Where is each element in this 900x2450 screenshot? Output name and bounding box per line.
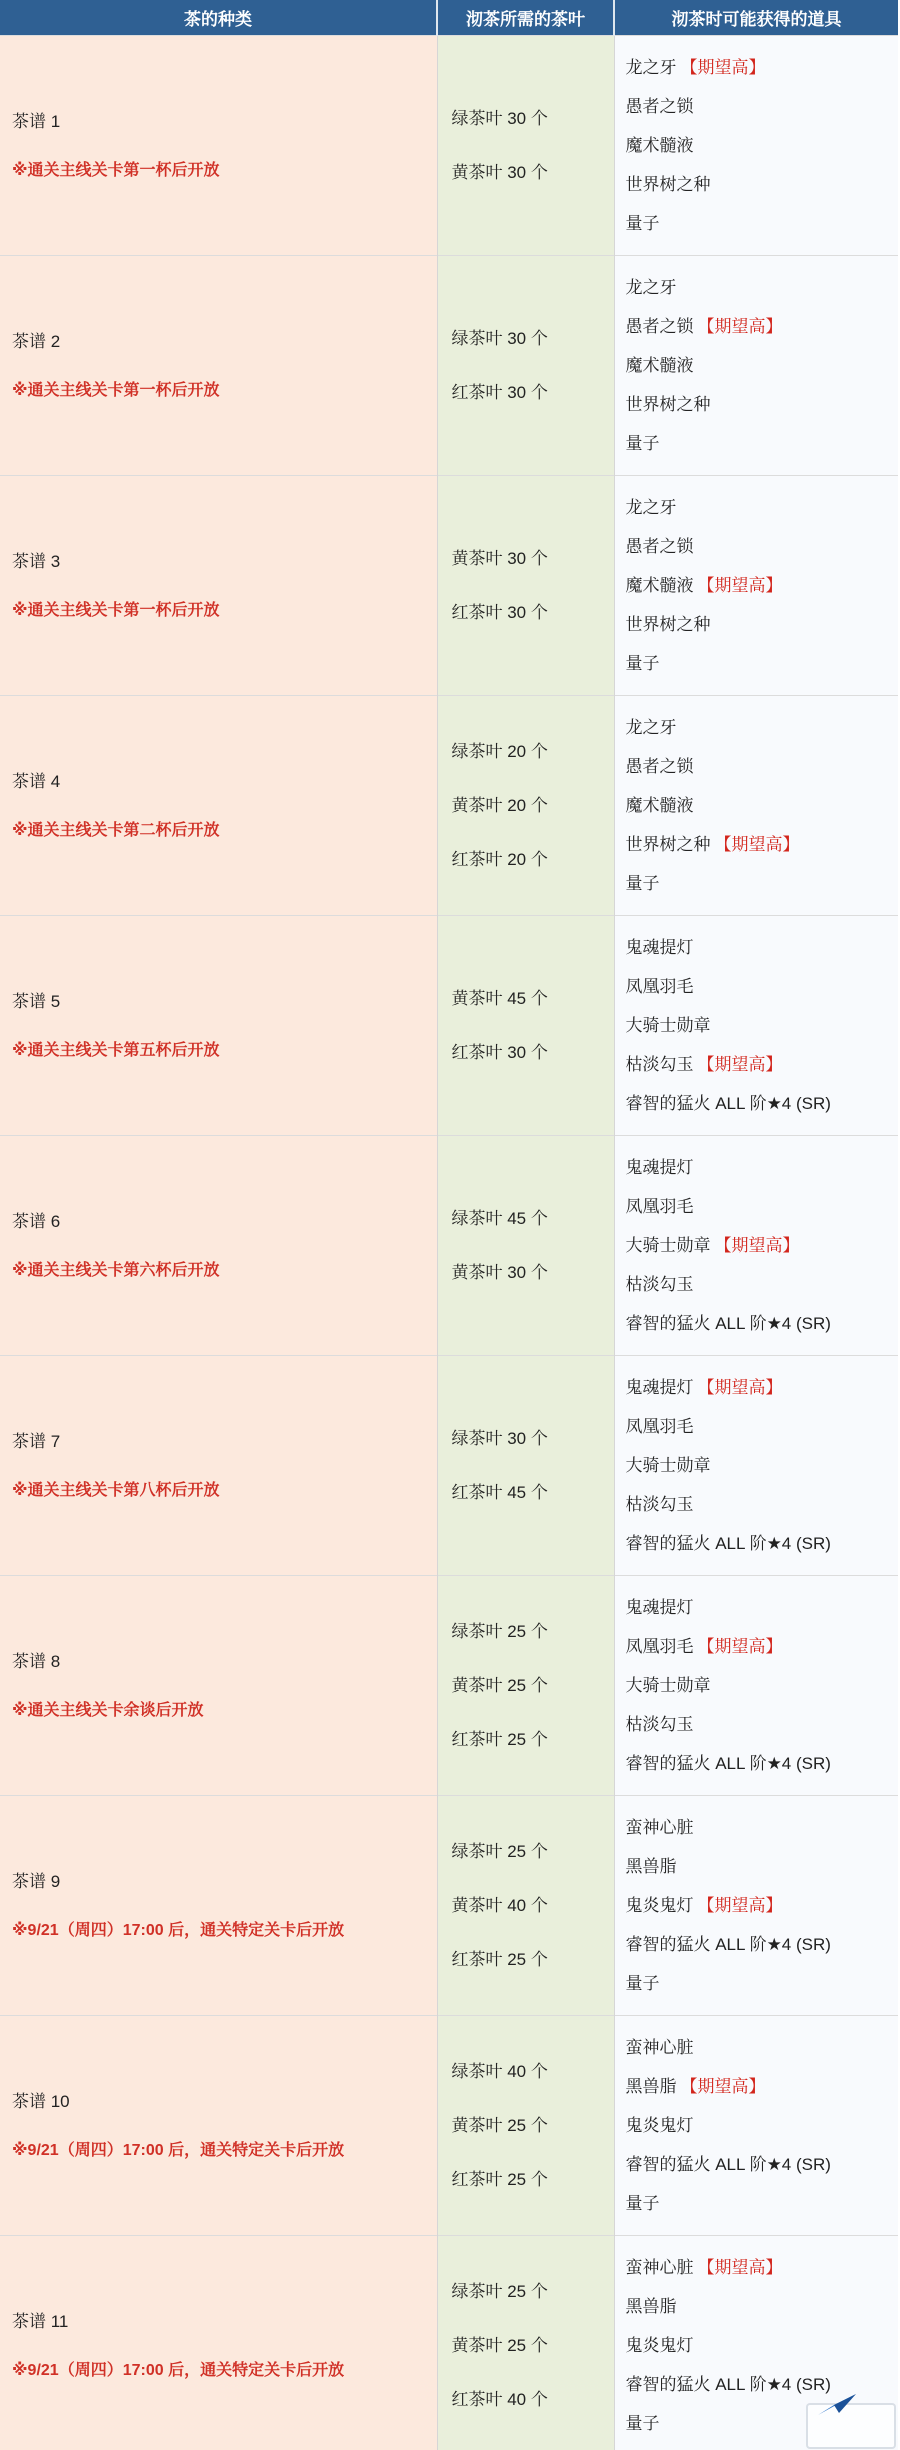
item-name: 愚者之锁 [626,95,899,118]
high-expectation-tag: 【期望高】 [698,1896,783,1915]
items-cell: 鬼魂提灯【期望高】凤凰羽毛大骑士勋章枯淡勾玉睿智的猛火 ALL 阶★4 (SR) [614,1356,898,1576]
col-header-tea-type-label: 茶的种类 [184,10,252,29]
leaf-requirement: 绿茶叶 30 个 [452,1427,614,1451]
tea-type-cell: 茶谱 10 ※9/21（周四）17:00 后，通关特定关卡后开放 [0,2016,437,2236]
leaf-list: 绿茶叶 25 个黄茶叶 25 个红茶叶 25 个 [438,1576,614,1795]
leaf-list: 绿茶叶 25 个黄茶叶 40 个红茶叶 25 个 [438,1796,614,2015]
tea-type-cell-inner: 茶谱 11 ※9/21（周四）17:00 后，通关特定关卡后开放 [0,2236,437,2450]
col-header-leaves: 沏茶所需的茶叶 [437,0,614,36]
item-list: 鬼魂提灯凤凰羽毛大骑士勋章枯淡勾玉【期望高】睿智的猛火 ALL 阶★4 (SR) [615,916,899,1135]
leaves-cell: 黄茶叶 45 个红茶叶 30 个 [437,916,614,1136]
item-name: 魔术髓液 [626,354,899,377]
item-list: 鬼魂提灯凤凰羽毛【期望高】大骑士勋章枯淡勾玉睿智的猛火 ALL 阶★4 (SR) [615,1576,899,1795]
leaf-requirement: 黄茶叶 40 个 [452,1894,614,1918]
leaf-requirement: 黄茶叶 30 个 [452,161,614,185]
tea-type-cell-inner: 茶谱 6 ※通关主线关卡第六杯后开放 [0,1136,437,1355]
item-name: 龙之牙 [626,496,899,519]
unlock-note: ※9/21（周四）17:00 后，通关特定关卡后开放 [12,2360,437,2382]
item-name: 睿智的猛火 ALL 阶★4 (SR) [626,1092,899,1115]
table-row: 茶谱 4 ※通关主线关卡第二杯后开放 绿茶叶 20 个黄茶叶 20 个红茶叶 2… [0,696,898,916]
table-row: 茶谱 10 ※9/21（周四）17:00 后，通关特定关卡后开放 绿茶叶 40 … [0,2016,898,2236]
items-cell: 鬼魂提灯凤凰羽毛大骑士勋章【期望高】枯淡勾玉睿智的猛火 ALL 阶★4 (SR) [614,1136,898,1356]
item-name: 鬼魂提灯 [626,1156,899,1179]
item-name: 睿智的猛火 ALL 阶★4 (SR) [626,1532,899,1555]
leaf-requirement: 黄茶叶 25 个 [452,1674,614,1698]
col-header-items: 沏茶时可能获得的道具 [614,0,898,36]
item-name: 愚者之锁【期望高】 [626,315,899,338]
leaf-requirement: 绿茶叶 45 个 [452,1207,614,1231]
high-expectation-tag: 【期望高】 [715,835,800,854]
tea-recipe-name: 茶谱 8 [12,1650,437,1674]
leaves-cell: 黄茶叶 30 个红茶叶 30 个 [437,476,614,696]
item-name: 量子 [626,212,899,235]
item-list: 龙之牙愚者之锁【期望高】魔术髓液世界树之种量子 [615,256,899,475]
tea-type-cell-inner: 茶谱 7 ※通关主线关卡第八杯后开放 [0,1356,437,1575]
tea-recipe-name: 茶谱 6 [12,1210,437,1234]
col-header-tea-type: 茶的种类 [0,0,437,36]
leaves-cell: 绿茶叶 25 个黄茶叶 25 个红茶叶 25 个 [437,1576,614,1796]
item-name: 睿智的猛火 ALL 阶★4 (SR) [626,1752,899,1775]
item-name: 世界树之种 [626,173,899,196]
unlock-note: ※通关主线关卡第五杯后开放 [12,1040,437,1062]
leaf-list: 黄茶叶 45 个红茶叶 30 个 [438,916,614,1135]
items-cell: 龙之牙愚者之锁魔术髓液【期望高】世界树之种量子 [614,476,898,696]
tea-type-cell-inner: 茶谱 3 ※通关主线关卡第一杯后开放 [0,476,437,695]
item-name: 黑兽脂 [626,2295,899,2318]
item-name: 凤凰羽毛 [626,1195,899,1218]
tea-type-cell: 茶谱 4 ※通关主线关卡第二杯后开放 [0,696,437,916]
tea-type-cell: 茶谱 9 ※9/21（周四）17:00 后，通关特定关卡后开放 [0,1796,437,2016]
item-list: 蛮神心脏黑兽脂鬼炎鬼灯【期望高】睿智的猛火 ALL 阶★4 (SR)量子 [615,1796,899,2015]
tea-recipe-table: 茶的种类 沏茶所需的茶叶 沏茶时可能获得的道具 茶谱 1 ※通关主线关卡第一杯后… [0,0,898,2450]
high-expectation-tag: 【期望高】 [698,317,783,336]
table-row: 茶谱 5 ※通关主线关卡第五杯后开放 黄茶叶 45 个红茶叶 30 个 鬼魂提灯… [0,916,898,1136]
leaf-list: 绿茶叶 30 个红茶叶 30 个 [438,256,614,475]
items-cell: 蛮神心脏黑兽脂鬼炎鬼灯【期望高】睿智的猛火 ALL 阶★4 (SR)量子 [614,1796,898,2016]
table-row: 茶谱 6 ※通关主线关卡第六杯后开放 绿茶叶 45 个黄茶叶 30 个 鬼魂提灯… [0,1136,898,1356]
leaf-requirement: 红茶叶 45 个 [452,1481,614,1505]
item-list: 龙之牙愚者之锁魔术髓液世界树之种【期望高】量子 [615,696,899,915]
high-expectation-tag: 【期望高】 [698,2258,783,2277]
high-expectation-tag: 【期望高】 [681,2077,766,2096]
high-expectation-tag: 【期望高】 [698,1055,783,1074]
item-list: 鬼魂提灯【期望高】凤凰羽毛大骑士勋章枯淡勾玉睿智的猛火 ALL 阶★4 (SR) [615,1356,899,1575]
table-row: 茶谱 9 ※9/21（周四）17:00 后，通关特定关卡后开放 绿茶叶 25 个… [0,1796,898,2016]
leaves-cell: 绿茶叶 25 个黄茶叶 40 个红茶叶 25 个 [437,1796,614,2016]
tea-recipe-name: 茶谱 11 [12,2310,437,2334]
tea-type-cell-inner: 茶谱 4 ※通关主线关卡第二杯后开放 [0,696,437,915]
tea-type-cell: 茶谱 7 ※通关主线关卡第八杯后开放 [0,1356,437,1576]
item-name: 魔术髓液【期望高】 [626,574,899,597]
item-name: 世界树之种【期望高】 [626,833,899,856]
leaf-requirement: 黄茶叶 20 个 [452,794,614,818]
item-list: 龙之牙【期望高】愚者之锁魔术髓液世界树之种量子 [615,36,899,255]
tea-recipe-name: 茶谱 4 [12,770,437,794]
leaf-requirement: 绿茶叶 20 个 [452,740,614,764]
leaves-cell: 绿茶叶 40 个黄茶叶 25 个红茶叶 25 个 [437,2016,614,2236]
leaves-cell: 绿茶叶 25 个黄茶叶 25 个红茶叶 40 个 [437,2236,614,2450]
unlock-note: ※9/21（周四）17:00 后，通关特定关卡后开放 [12,2140,437,2162]
items-cell: 龙之牙愚者之锁【期望高】魔术髓液世界树之种量子 [614,256,898,476]
tea-type-cell: 茶谱 8 ※通关主线关卡余谈后开放 [0,1576,437,1796]
tea-type-cell-inner: 茶谱 9 ※9/21（周四）17:00 后，通关特定关卡后开放 [0,1796,437,2015]
leaves-cell: 绿茶叶 45 个黄茶叶 30 个 [437,1136,614,1356]
col-header-leaves-label: 沏茶所需的茶叶 [466,10,585,29]
item-name: 量子 [626,652,899,675]
tea-type-cell: 茶谱 6 ※通关主线关卡第六杯后开放 [0,1136,437,1356]
item-name: 枯淡勾玉 [626,1493,899,1516]
tea-type-cell: 茶谱 5 ※通关主线关卡第五杯后开放 [0,916,437,1136]
leaves-cell: 绿茶叶 30 个红茶叶 30 个 [437,256,614,476]
item-list: 蛮神心脏黑兽脂【期望高】鬼炎鬼灯睿智的猛火 ALL 阶★4 (SR)量子 [615,2016,899,2235]
leaf-list: 绿茶叶 30 个黄茶叶 30 个 [438,36,614,255]
tea-type-cell-inner: 茶谱 5 ※通关主线关卡第五杯后开放 [0,916,437,1135]
table-row: 茶谱 2 ※通关主线关卡第一杯后开放 绿茶叶 30 个红茶叶 30 个 龙之牙愚… [0,256,898,476]
item-name: 凤凰羽毛 [626,975,899,998]
tea-recipe-name: 茶谱 2 [12,330,437,354]
item-name: 量子 [626,1972,899,1995]
page: 茶的种类 沏茶所需的茶叶 沏茶时可能获得的道具 茶谱 1 ※通关主线关卡第一杯后… [0,0,900,2450]
leaf-requirement: 红茶叶 30 个 [452,601,614,625]
high-expectation-tag: 【期望高】 [698,1378,783,1397]
leaf-requirement: 绿茶叶 25 个 [452,2280,614,2304]
item-name: 睿智的猛火 ALL 阶★4 (SR) [626,1312,899,1335]
items-cell: 蛮神心脏黑兽脂【期望高】鬼炎鬼灯睿智的猛火 ALL 阶★4 (SR)量子 [614,2016,898,2236]
leaf-list: 绿茶叶 20 个黄茶叶 20 个红茶叶 20 个 [438,696,614,915]
tea-type-cell: 茶谱 11 ※9/21（周四）17:00 后，通关特定关卡后开放 [0,2236,437,2450]
item-name: 睿智的猛火 ALL 阶★4 (SR) [626,1933,899,1956]
tea-type-cell-inner: 茶谱 10 ※9/21（周四）17:00 后，通关特定关卡后开放 [0,2016,437,2235]
tea-recipe-name: 茶谱 5 [12,990,437,1014]
item-name: 龙之牙【期望高】 [626,56,899,79]
leaf-requirement: 黄茶叶 30 个 [452,547,614,571]
leaf-requirement: 红茶叶 30 个 [452,1041,614,1065]
leaf-requirement: 绿茶叶 40 个 [452,2060,614,2084]
tea-recipe-name: 茶谱 10 [12,2090,437,2114]
unlock-note: ※9/21（周四）17:00 后，通关特定关卡后开放 [12,1920,437,1942]
leaf-requirement: 黄茶叶 30 个 [452,1261,614,1285]
unlock-note: ※通关主线关卡第八杯后开放 [12,1480,437,1502]
item-name: 蛮神心脏 [626,2036,899,2059]
item-name: 黑兽脂 [626,1855,899,1878]
paper-plane-icon [816,2391,858,2424]
leaf-list: 绿茶叶 25 个黄茶叶 25 个红茶叶 40 个 [438,2236,614,2450]
table-row: 茶谱 7 ※通关主线关卡第八杯后开放 绿茶叶 30 个红茶叶 45 个 鬼魂提灯… [0,1356,898,1576]
leaf-requirement: 绿茶叶 25 个 [452,1620,614,1644]
item-name: 世界树之种 [626,393,899,416]
item-list: 龙之牙愚者之锁魔术髓液【期望高】世界树之种量子 [615,476,899,695]
leaf-requirement: 红茶叶 30 个 [452,381,614,405]
tea-type-cell-inner: 茶谱 2 ※通关主线关卡第一杯后开放 [0,256,437,475]
item-name: 鬼魂提灯 [626,936,899,959]
unlock-note: ※通关主线关卡第一杯后开放 [12,380,437,402]
items-cell: 龙之牙【期望高】愚者之锁魔术髓液世界树之种量子 [614,36,898,256]
item-name: 鬼炎鬼灯 [626,2334,899,2357]
item-name: 枯淡勾玉 [626,1713,899,1736]
table-body: 茶谱 1 ※通关主线关卡第一杯后开放 绿茶叶 30 个黄茶叶 30 个 龙之牙【… [0,36,898,2450]
leaves-cell: 绿茶叶 30 个黄茶叶 30 个 [437,36,614,256]
tea-recipe-name: 茶谱 9 [12,1870,437,1894]
item-name: 黑兽脂【期望高】 [626,2075,899,2098]
tea-type-cell: 茶谱 1 ※通关主线关卡第一杯后开放 [0,36,437,256]
unlock-note: ※通关主线关卡第一杯后开放 [12,160,437,182]
high-expectation-tag: 【期望高】 [698,1637,783,1656]
leaf-requirement: 绿茶叶 25 个 [452,1840,614,1864]
table-row: 茶谱 8 ※通关主线关卡余谈后开放 绿茶叶 25 个黄茶叶 25 个红茶叶 25… [0,1576,898,1796]
leaf-requirement: 绿茶叶 30 个 [452,327,614,351]
unlock-note: ※通关主线关卡第一杯后开放 [12,600,437,622]
item-name: 大骑士勋章【期望高】 [626,1234,899,1257]
item-name: 凤凰羽毛 [626,1415,899,1438]
leaf-list: 绿茶叶 30 个红茶叶 45 个 [438,1356,614,1575]
watermark [806,2403,896,2449]
leaves-cell: 绿茶叶 20 个黄茶叶 20 个红茶叶 20 个 [437,696,614,916]
tea-type-cell: 茶谱 3 ※通关主线关卡第一杯后开放 [0,476,437,696]
leaf-requirement: 红茶叶 20 个 [452,848,614,872]
item-name: 睿智的猛火 ALL 阶★4 (SR) [626,2153,899,2176]
item-name: 枯淡勾玉 [626,1273,899,1296]
tea-type-cell: 茶谱 2 ※通关主线关卡第一杯后开放 [0,256,437,476]
leaf-requirement: 红茶叶 25 个 [452,2168,614,2192]
item-name: 鬼魂提灯【期望高】 [626,1376,899,1399]
items-cell: 龙之牙愚者之锁魔术髓液世界树之种【期望高】量子 [614,696,898,916]
item-name: 愚者之锁 [626,535,899,558]
item-name: 鬼魂提灯 [626,1596,899,1619]
item-name: 量子 [626,2192,899,2215]
unlock-note: ※通关主线关卡余谈后开放 [12,1700,437,1722]
tea-type-cell-inner: 茶谱 8 ※通关主线关卡余谈后开放 [0,1576,437,1795]
col-header-items-label: 沏茶时可能获得的道具 [672,10,842,29]
item-name: 魔术髓液 [626,794,899,817]
high-expectation-tag: 【期望高】 [698,576,783,595]
leaf-list: 绿茶叶 40 个黄茶叶 25 个红茶叶 25 个 [438,2016,614,2235]
table-row: 茶谱 3 ※通关主线关卡第一杯后开放 黄茶叶 30 个红茶叶 30 个 龙之牙愚… [0,476,898,696]
item-name: 大骑士勋章 [626,1454,899,1477]
header-row: 茶的种类 沏茶所需的茶叶 沏茶时可能获得的道具 [0,0,898,36]
item-name: 愚者之锁 [626,755,899,778]
leaf-list: 黄茶叶 30 个红茶叶 30 个 [438,476,614,695]
unlock-note: ※通关主线关卡第六杯后开放 [12,1260,437,1282]
item-name: 龙之牙 [626,276,899,299]
item-name: 世界树之种 [626,613,899,636]
item-name: 凤凰羽毛【期望高】 [626,1635,899,1658]
item-name: 量子 [626,872,899,895]
leaf-list: 绿茶叶 45 个黄茶叶 30 个 [438,1136,614,1355]
table-row: 茶谱 11 ※9/21（周四）17:00 后，通关特定关卡后开放 绿茶叶 25 … [0,2236,898,2450]
unlock-note: ※通关主线关卡第二杯后开放 [12,820,437,842]
item-name: 量子 [626,432,899,455]
items-cell: 鬼魂提灯凤凰羽毛【期望高】大骑士勋章枯淡勾玉睿智的猛火 ALL 阶★4 (SR) [614,1576,898,1796]
tea-type-cell-inner: 茶谱 1 ※通关主线关卡第一杯后开放 [0,36,437,255]
item-name: 魔术髓液 [626,134,899,157]
items-cell: 鬼魂提灯凤凰羽毛大骑士勋章枯淡勾玉【期望高】睿智的猛火 ALL 阶★4 (SR) [614,916,898,1136]
high-expectation-tag: 【期望高】 [681,58,766,77]
leaf-requirement: 黄茶叶 25 个 [452,2114,614,2138]
leaf-requirement: 红茶叶 25 个 [452,1948,614,1972]
item-name: 龙之牙 [626,716,899,739]
item-name: 大骑士勋章 [626,1014,899,1037]
item-name: 蛮神心脏 [626,1816,899,1839]
item-list: 鬼魂提灯凤凰羽毛大骑士勋章【期望高】枯淡勾玉睿智的猛火 ALL 阶★4 (SR) [615,1136,899,1355]
leaves-cell: 绿茶叶 30 个红茶叶 45 个 [437,1356,614,1576]
leaf-requirement: 红茶叶 25 个 [452,1728,614,1752]
item-name: 枯淡勾玉【期望高】 [626,1053,899,1076]
item-name: 蛮神心脏【期望高】 [626,2256,899,2279]
tea-recipe-name: 茶谱 7 [12,1430,437,1454]
tea-recipe-name: 茶谱 3 [12,550,437,574]
high-expectation-tag: 【期望高】 [715,1236,800,1255]
tea-recipe-name: 茶谱 1 [12,110,437,134]
leaf-requirement: 绿茶叶 30 个 [452,107,614,131]
item-name: 大骑士勋章 [626,1674,899,1697]
table-row: 茶谱 1 ※通关主线关卡第一杯后开放 绿茶叶 30 个黄茶叶 30 个 龙之牙【… [0,36,898,256]
leaf-requirement: 黄茶叶 45 个 [452,987,614,1011]
item-name: 鬼炎鬼灯 [626,2114,899,2137]
leaf-requirement: 红茶叶 40 个 [452,2388,614,2412]
item-name: 鬼炎鬼灯【期望高】 [626,1894,899,1917]
leaf-requirement: 黄茶叶 25 个 [452,2334,614,2358]
